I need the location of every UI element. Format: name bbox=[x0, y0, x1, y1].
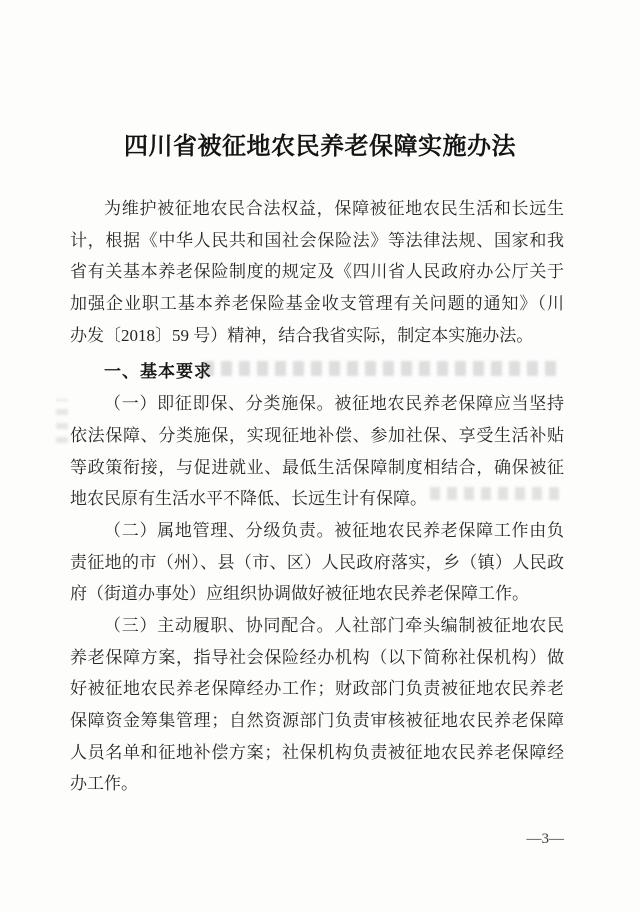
text-line: 为维护被征地农民合法权益，保障被征地农民生活和长远生 bbox=[70, 193, 564, 225]
paragraph: （一）即征即保、分类施保。被征地农民养老保障应当坚持依法保障、分类施保，实现征地… bbox=[70, 388, 564, 515]
text-line: （一）即征即保、分类施保。被征地农民养老保障应当坚持 bbox=[70, 388, 564, 420]
text-line: 依法保障、分类施保，实现征地补偿、参加社保、享受生活补贴 bbox=[70, 420, 564, 452]
text-line: （三）主动履职、协同配合。人社部门牵头编制被征地农民 bbox=[70, 610, 564, 642]
page-number: —3— bbox=[527, 831, 565, 848]
document-title: 四川省被征地农民养老保障实施办法 bbox=[0, 126, 640, 161]
text-line: 府（街道办事处）应组织协调做好被征地农民养老保障工作。 bbox=[70, 578, 564, 610]
paragraph: （二）属地管理、分级负责。被征地农民养老保障工作由负责征地的市（州）、县（市、区… bbox=[70, 515, 564, 610]
text-line: 等政策衔接，与促进就业、最低生活保障制度相结合，确保被征 bbox=[70, 452, 564, 484]
document-body: 为维护被征地农民合法权益，保障被征地农民生活和长远生计，根据《中华人民共和国社会… bbox=[70, 193, 564, 800]
document-page: 四川省被征地农民养老保障实施办法 为维护被征地农民合法权益，保障被征地农民生活和… bbox=[0, 0, 640, 912]
paragraph: （三）主动履职、协同配合。人社部门牵头编制被征地农民养老保障方案，指导社会保险经… bbox=[70, 610, 564, 800]
text-line: 加强企业职工基本养老保险基金收支管理有关问题的通知》（川 bbox=[70, 288, 564, 320]
text-line: 办发〔2018〕59 号）精神，结合我省实际，制定本实施办法。 bbox=[70, 320, 564, 352]
text-line: 省有关基本养老保险制度的规定及《四川省人民政府办公厅关于 bbox=[70, 256, 564, 288]
text-line: （二）属地管理、分级负责。被征地农民养老保障工作由负 bbox=[70, 515, 564, 547]
text-line: 地农民原有生活水平不降低、长远生计有保障。 bbox=[70, 483, 564, 515]
text-line: 好被征地农民养老保障经办工作；财政部门负责被征地农民养老 bbox=[70, 673, 564, 705]
text-line: 人员名单和征地补偿方案；社保机构负责被征地农民养老保障经 bbox=[70, 737, 564, 769]
text-line: 计，根据《中华人民共和国社会保险法》等法律法规、国家和我 bbox=[70, 225, 564, 257]
text-line: 办工作。 bbox=[70, 768, 564, 800]
text-line: 保障资金筹集管理；自然资源部门负责审核被征地农民养老保障 bbox=[70, 705, 564, 737]
text-line: 责征地的市（州）、县（市、区）人民政府落实，乡（镇）人民政 bbox=[70, 547, 564, 579]
scan-artifact bbox=[56, 399, 68, 443]
text-line: 一、基本要求 bbox=[70, 356, 564, 388]
text-line: 养老保障方案，指导社会保险经办机构（以下简称社保机构）做 bbox=[70, 642, 564, 674]
section-heading: 一、基本要求 bbox=[70, 356, 564, 388]
paragraph: 为维护被征地农民合法权益，保障被征地农民生活和长远生计，根据《中华人民共和国社会… bbox=[70, 193, 564, 351]
